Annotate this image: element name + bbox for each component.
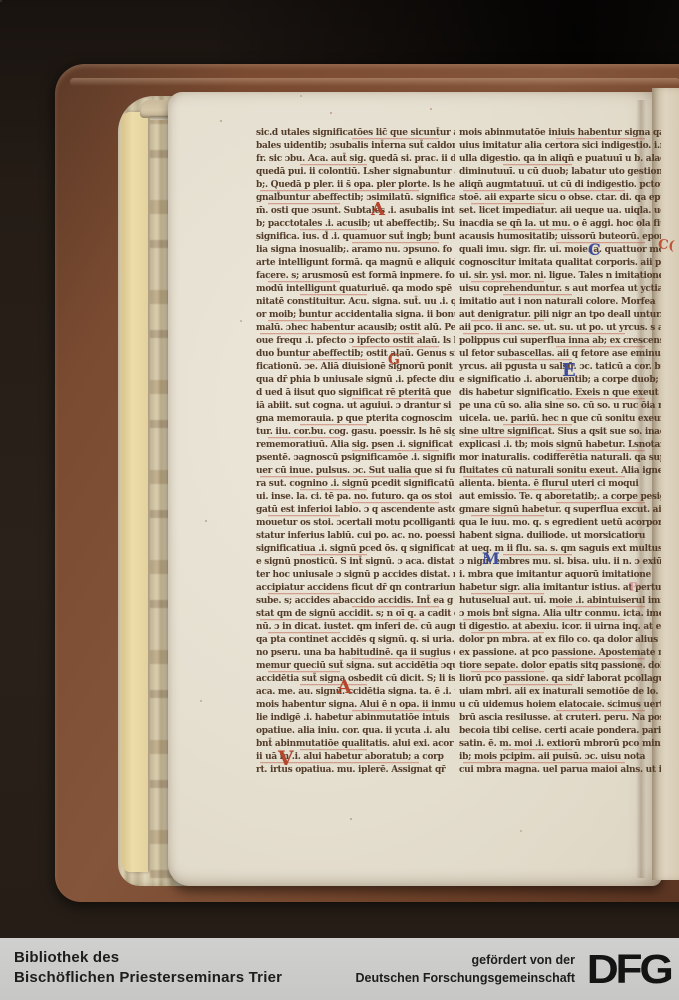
manuscript-line: lia signa inosualib;. aramo nu. ɔpsuno. … [256, 244, 455, 258]
manuscript-line: facere. s; arusmosū est formā inpmere. f… [256, 270, 455, 284]
manuscript-line: inacdia se qn̄ la. ut mu. o ē aggi. hoc … [459, 218, 661, 232]
manuscript-line: fluitates cū naturali sonitu exeut. Alia… [459, 465, 661, 479]
book-photo: sic.d utales significatōes lic̄ que sicu… [0, 0, 679, 938]
manuscript-line: imitatio aut i non naturali colore. Morf… [459, 296, 661, 310]
manuscript-line: mois habentur signa. Alui ē n opa. ii in… [256, 699, 455, 713]
manuscript-line: sic.d utales significatōes lic̄ que sicu… [256, 127, 455, 140]
manuscript-line: bales uidentib; ɔsubalis int̄erna sut̄ c… [256, 140, 455, 154]
manuscript-line: b;. Quedā p pler. ii s̄ opa. pler plorte… [256, 179, 455, 193]
funding-line1: gefördert von der [356, 951, 576, 969]
manuscript-line: aliqn̄ augmtatuuī. ut cū di indigestio. … [459, 179, 661, 193]
manuscript-line: no pseru. una ba habitudinē. qa ii sugiu… [256, 647, 455, 661]
manuscript-line: e signū pnosticū. S int̄ signū. ɔ aca. d… [256, 556, 455, 570]
manuscript-line: diminutuuī. u cū duob; labatur uto gesti… [459, 166, 661, 180]
manuscript-line: ulla digestio. qa in aliqn̄ e puatuuī u … [459, 153, 661, 167]
fore-edge-rubric-mark: C( [657, 237, 675, 254]
manuscript-line: ɔ mois bnt̄ signa. Alia ultr conmu. icta… [459, 608, 661, 622]
manuscript-line: accidētia sut̄ signa osbedit cū dicit. S… [256, 673, 455, 687]
manuscript-line: opatiue. alia iniu. cor. qua. ii ycuta .… [256, 725, 455, 739]
manuscript-line: hutuselual aut. ui. moie .i. abintuiseru… [459, 595, 661, 609]
manuscript-line: significatiua .i. signū pced ōs. q signi… [256, 543, 455, 557]
faint-margin-mark: P [629, 580, 638, 594]
manuscript-line: malū. ɔhec habentur acausib; ostit alū. … [256, 322, 455, 336]
manuscript-line: pe una cū so. alia sine so. cū so. u ruc… [459, 400, 661, 414]
manuscript-line: ra sut. cognino .i. signū pcedit signifi… [256, 478, 455, 492]
bookmark-ribbon-edge [122, 112, 148, 872]
manuscript-line: fr. sic ɔbu. Aca. aut̄ sig. quedā si. pr… [256, 153, 455, 167]
manuscript-line: aii pco. ii anc. se. ut. su. ut po. ut y… [459, 322, 661, 336]
manuscript-line: explicasi .i. tb; mois signū habetur. Ls… [459, 439, 661, 453]
library-name: Bibliothek des Bischöflichen Priestersem… [14, 948, 282, 988]
dfg-logo: DFG [587, 946, 671, 993]
manuscript-line: sine ultre significat. Sius a qsit sue s… [459, 426, 661, 440]
manuscript-line: nitatē constituitur. Acu. signa. sut̄. u… [256, 296, 455, 310]
manuscript-line: stat qm de signū accidit. s; n oī q. a c… [256, 608, 455, 622]
manuscript-line: iā abiit. sut cogna. ut aguiui. ɔ drantu… [256, 400, 455, 414]
manuscript-line: ter hoc uniusale ɔ signū p accides dista… [256, 569, 455, 583]
manuscript-line: arte intelligunt formā. qa magnū e aliqu… [256, 257, 455, 271]
manuscript-line: m̄. osti que ɔsunt. Subtales .i. asubali… [256, 205, 455, 219]
manuscript-line: qua le iuu. mo. q. s egredient uetū acor… [459, 517, 661, 531]
manuscript-line: d ued ā iisut quo significat rē pteritā … [256, 387, 455, 401]
manuscript-line: ficationū. ɔe. Aliā diuisionē signorū po… [256, 361, 455, 375]
manuscript-line: mouetur os stoi. ɔcertali motu pcolligan… [256, 517, 455, 531]
manuscript-line: lie indigē .i. habetur abinmutatiōe intu… [256, 712, 455, 726]
manuscript-line: cui mbra magna. uel parua maioi alns. ut… [459, 764, 661, 778]
manuscript-line: gnalb̄untur abeffectib; ɔsimilatū. signi… [256, 192, 455, 206]
manuscript-line: uicela. ue. pariū. hec n que cū sonitu e… [459, 413, 661, 427]
manuscript-line: qua dr̄ phia b uniusale signū .i. pfecte… [256, 374, 455, 388]
manuscript-line: alienta. bienta. ē flurul uteri ci moqui [459, 478, 661, 492]
library-name-line2: Bischöflichen Priesterseminars Trier [14, 968, 282, 988]
manuscript-line: mois abinmutatōe iniuis habentur signa q… [459, 127, 661, 140]
manuscript-line: quali imu. sigr. fir. ui. moie. a. quatt… [459, 244, 661, 258]
manuscript-line: ui. sir. ysi. mor. ni. ligue. Tales n im… [459, 270, 661, 284]
manuscript-line: dis habetur significatio. Exeis n que ex… [459, 387, 661, 401]
manuscript-line: becoia tibi celise. certi acaie pondera.… [459, 725, 661, 739]
manuscript-line: mor inaturalis. codifferētia naturali. q… [459, 452, 661, 466]
rubric-initial-a1: A [371, 199, 385, 220]
text-column-left: sic.d utales significatōes lic̄ que sicu… [256, 127, 455, 780]
manuscript-line: satin. ē. m. moi .i. extiorū mbrorū pco … [459, 738, 661, 752]
manuscript-line: ui. inse. la. ci. tē pa. no. futuro. qa … [256, 491, 455, 505]
manuscript-line: gna memorauia. p que pterita cognoscim [256, 413, 455, 427]
manuscript-line: gatū est inferioi labio. ɔ q ascendente … [256, 504, 455, 518]
blue-initial-c: C [588, 240, 601, 259]
manuscript-line: ti digestio. at abexiu. icor. ii uirna i… [459, 621, 661, 635]
rubric-initial-v: V [278, 746, 294, 770]
blue-initial-e: E [562, 360, 576, 381]
manuscript-line: acausis humositatib; uissorū buteorū. ep… [459, 231, 661, 245]
manuscript-line: ul fetor subascellas. aii q fetore ase e… [459, 348, 661, 362]
blue-initial-m: M [482, 549, 500, 568]
manuscript-line: stoē. aii exparte sicu o obse. ctar. di.… [459, 192, 661, 206]
manuscript-line: e significatio .i. aboruentib; a corpe d… [459, 374, 661, 388]
manuscript-line: cognoscitur imitata qualitat corporis. a… [459, 257, 661, 271]
manuscript-line: dolor pn mbra. at ex filo co. qa dolor a… [459, 634, 661, 648]
manuscript-line: tiore sepate. dolor epatis sitq passione… [459, 660, 661, 674]
manuscript-line: u cū uidemus hoiem elatocaie. scimus uer… [459, 699, 661, 713]
manuscript-line: memur queciū sut̄ signa. sut accidētia ɔ… [256, 660, 455, 674]
manuscript-line: b; pacctotales .i. acusib; ut abeffectib… [256, 218, 455, 232]
manuscript-line: psentē. ɔagnoscū psignificamōe .i. signi… [256, 452, 455, 466]
manuscript-line: rememoratiuū. Alia sig. psen .i. signifi… [256, 439, 455, 453]
manuscript-line: gmare signū habetur. q superflua excut. … [459, 504, 661, 518]
manuscript-line: uisu coprehenduntur. s aut morfea ut yct… [459, 283, 661, 297]
manuscript-line: oue frequ .i. pfecto ɔ ipfecto ostit ala… [256, 335, 455, 349]
manuscript-line: brū ascia resilusse. at cruteri. peru. N… [459, 712, 661, 726]
manuscript-line: uer cū inue. pulsus. ɔc. Sut ualia que s… [256, 465, 455, 479]
footer-banner: Bibliothek des Bischöflichen Priestersem… [0, 938, 679, 1000]
manuscript-line: ib; mois pcipim. aii puisū. ɔc. uisu not… [459, 751, 661, 765]
manuscript-line: polippus cui superflua inna ab; ex cresc… [459, 335, 661, 349]
manuscript-line: modū intelligunt quaturiuē. qa modo spē … [256, 283, 455, 297]
manuscript-line: duo b̄untur abeffectib; ostit alaū. Genu… [256, 348, 455, 362]
leather-highlight [70, 78, 679, 86]
manuscript-line: uiam mbri. aii ex inaturali semotiōe de … [459, 686, 661, 700]
parchment-speckles [0, 0, 2, 2]
manuscript-line: statur inferius labiū. cui po. ac. no. p… [256, 530, 455, 544]
manuscript-line: nū. ɔ in dicat. iustet. qm inferi de. cū… [256, 621, 455, 635]
manuscript-line: habent signa. duiliode. ut morsicatioru [459, 530, 661, 544]
manuscript-line: aut emissio. Te. q aboretatib;. a corpe … [459, 491, 661, 505]
manuscript-line: aut denigratur. pili nigr an tpo deall u… [459, 309, 661, 323]
manuscript-line: liorū pco passione. qa sidr̄ laborat pco… [459, 673, 661, 687]
manuscript-line: yrcus. aii pgusta u salsū. ɔc. taticū a … [459, 361, 661, 375]
rubric-initial-a2: A [337, 676, 352, 698]
manuscript-line: aca. me. au. signū. ccidētia signa. ta. … [256, 686, 455, 700]
manuscript-line: set. licet impediatur. aii ueque ua. uiq… [459, 205, 661, 219]
manuscript-line: ex passione. at pco passione. Apostemate… [459, 647, 661, 661]
rubric-initial-g: G [388, 352, 400, 368]
funding-line2: Deutschen Forschungsgemeinschaft [356, 969, 576, 987]
manuscript-line: or moib; b̄untur accidentalia signa. ii … [256, 309, 455, 323]
text-column-right: mois abinmutatōe iniuis habentur signa q… [459, 127, 661, 780]
manuscript-line: sube. s; accides abaccido accidis. Int̄ … [256, 595, 455, 609]
manuscript-line: quedā pui. ii colontiū. Lsher signab̄unt… [256, 166, 455, 180]
manuscript-line: accipiatur accidens ficut dr̄ qn contrar… [256, 582, 455, 596]
manuscript-line: tur. iiu. cor.bu. cog. gasu. poessir. ls… [256, 426, 455, 440]
manuscript-line: qa pta continet accidēs q signū. q. si u… [256, 634, 455, 648]
funding-credit: gefördert von der Deutschen Forschungsge… [356, 951, 576, 987]
manuscript-line: significa. ius. d̄ .i. quamuor sut̄ ingb… [256, 231, 455, 245]
library-name-line1: Bibliothek des [14, 948, 282, 968]
manuscript-line: uius imitatur alia certora sici indigest… [459, 140, 661, 154]
